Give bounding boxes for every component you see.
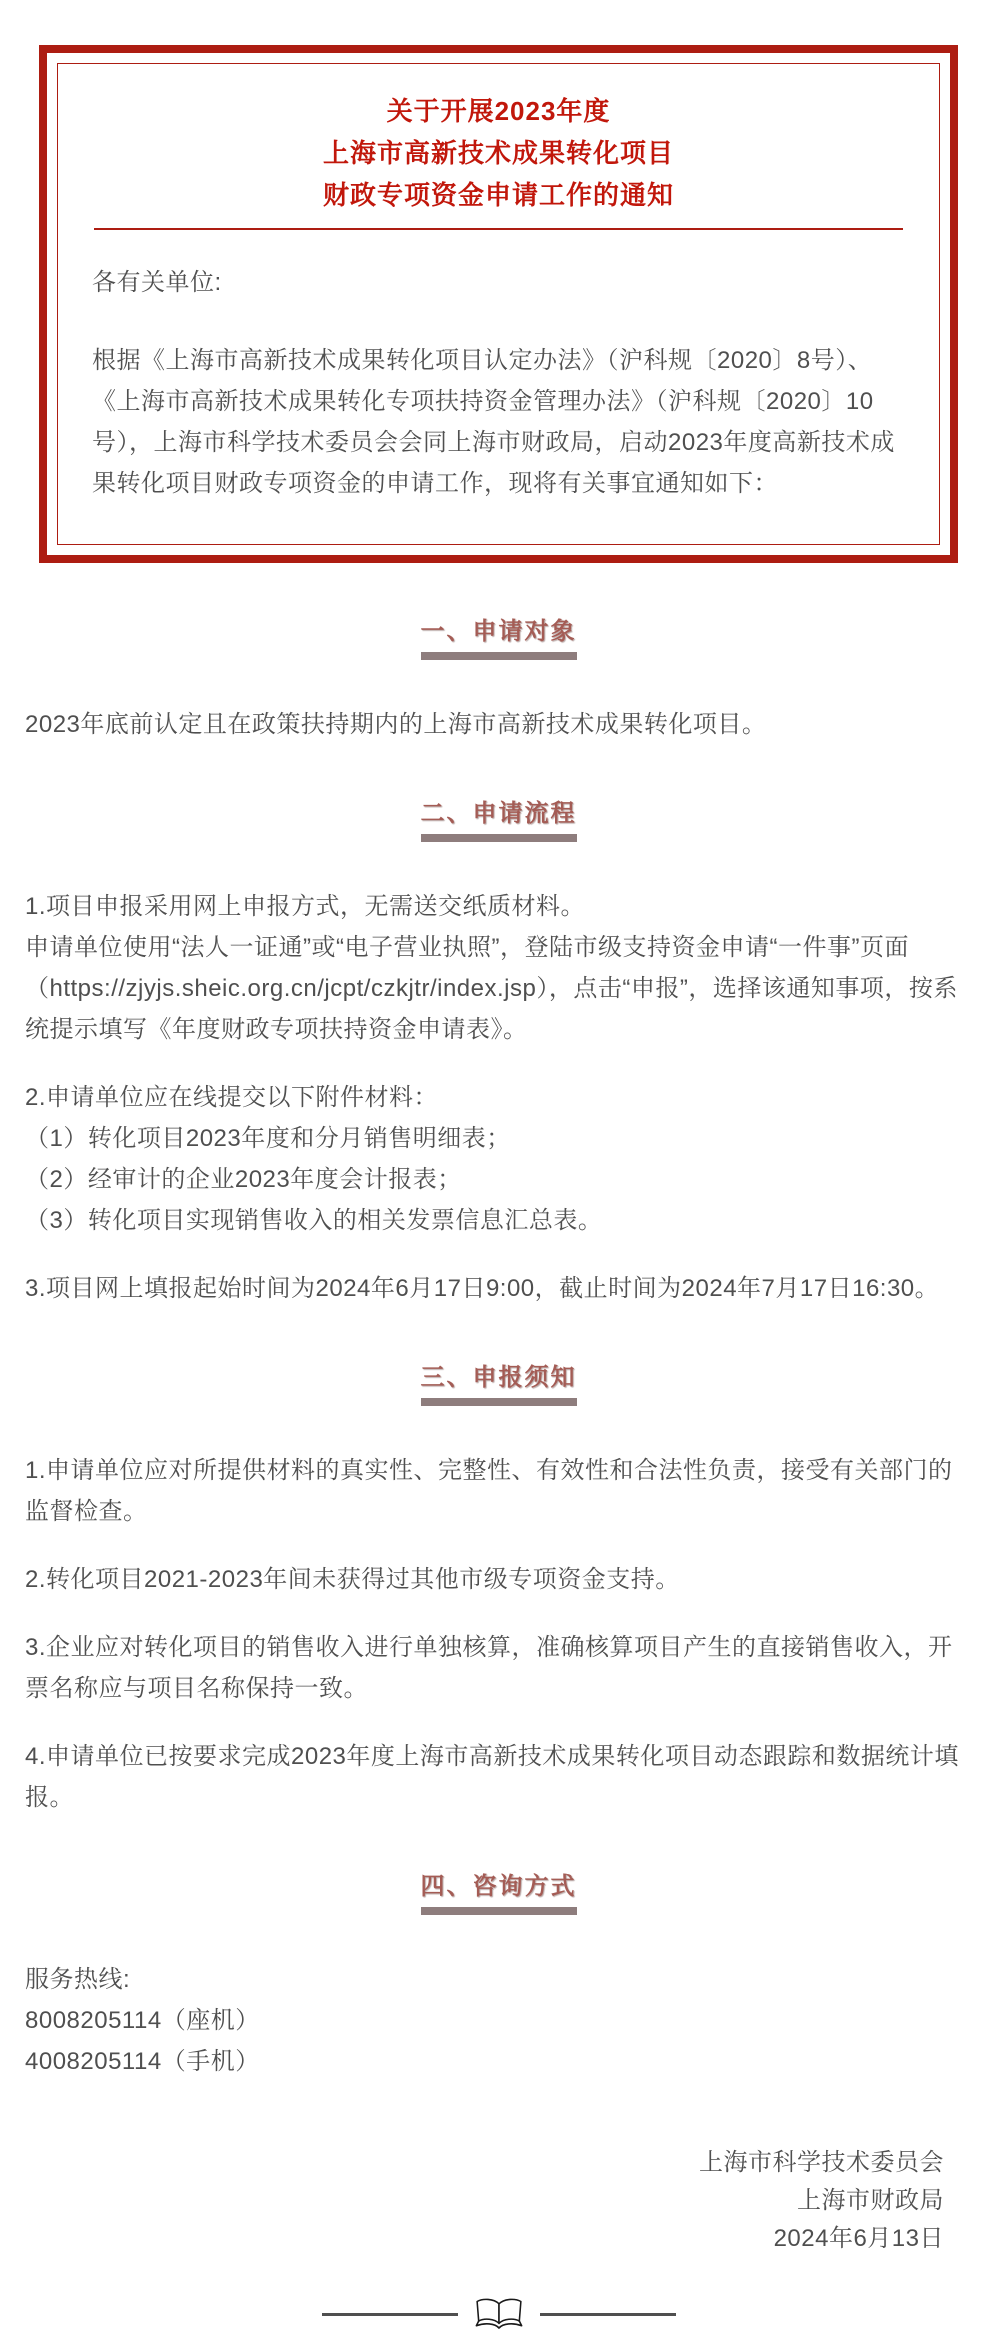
notice-frame-inner: 关于开展2023年度 上海市高新技术成果转化项目 财政专项资金申请工作的通知 各… <box>57 63 940 545</box>
section-heading-2-text: 二、申请流程 <box>421 793 577 828</box>
section-3-paragraph-2: 2.转化项目2021-2023年间未获得过其他市级专项资金支持。 <box>25 1559 972 1600</box>
footer-divider <box>0 2296 997 2332</box>
section-3-paragraph-1: 1.申请单位应对所提供材料的真实性、完整性、有效性和合法性负责，接受有关部门的监… <box>25 1450 972 1532</box>
notice-title-line-2: 上海市高新技术成果转化项目 <box>92 132 905 174</box>
section-heading-3: 三、申报须知 <box>25 1357 972 1406</box>
service-hotline-block: 服务热线: 8008205114（座机） 4008205114（手机） <box>25 1959 972 2082</box>
section-2-paragraph-2: 2.申请单位应在线提交以下附件材料： （1）转化项目2023年度和分月销售明细表… <box>25 1077 972 1241</box>
section-1-paragraph-1: 2023年底前认定且在政策扶持期内的上海市高新技术成果转化项目。 <box>25 704 972 745</box>
heading-underline-bar <box>421 1398 577 1406</box>
section-heading-2: 二、申请流程 <box>25 793 972 842</box>
salutation: 各有关单位: <box>92 262 905 303</box>
section-3-paragraph-4: 4.申请单位已按要求完成2023年度上海市高新技术成果转化项目动态跟踪和数据统计… <box>25 1736 972 1818</box>
section-heading-4-text: 四、咨询方式 <box>421 1866 577 1901</box>
heading-underline-bar <box>421 1907 577 1915</box>
section-2-paragraph-1: 1.项目申报采用网上申报方式，无需送交纸质材料。 申请单位使用“法人一证通”或“… <box>25 886 972 1050</box>
section-3-paragraph-3: 3.企业应对转化项目的销售收入进行单独核算，准确核算项目产生的直接销售收入，开票… <box>25 1627 972 1709</box>
notice-body: 一、申请对象 2023年底前认定且在政策扶持期内的上海市高新技术成果转化项目。 … <box>0 611 997 2258</box>
section-heading-3-text: 三、申报须知 <box>421 1357 577 1392</box>
section-2-paragraph-3: 3.项目网上填报起始时间为2024年6月17日9:00，截止时间为2024年7月… <box>25 1268 972 1309</box>
intro-paragraph: 根据《上海市高新技术成果转化项目认定办法》（沪科规〔2020〕8号）、《上海市高… <box>92 340 905 504</box>
section-heading-4: 四、咨询方式 <box>25 1866 972 1915</box>
notice-title-line-3: 财政专项资金申请工作的通知 <box>92 174 905 216</box>
notice-frame: 关于开展2023年度 上海市高新技术成果转化项目 财政专项资金申请工作的通知 各… <box>39 45 958 563</box>
signature-line-1: 上海市科学技术委员会 <box>25 2144 944 2182</box>
heading-underline-bar <box>421 652 577 660</box>
signature-line-3: 2024年6月13日 <box>25 2220 944 2258</box>
divider-line-left <box>322 2313 458 2316</box>
open-book-icon <box>474 2296 524 2332</box>
signature-line-2: 上海市财政局 <box>25 2182 944 2220</box>
title-divider-rule <box>94 228 903 230</box>
divider-line-right <box>540 2313 676 2316</box>
heading-underline-bar <box>421 834 577 842</box>
section-heading-1-text: 一、申请对象 <box>421 611 577 646</box>
section-heading-1: 一、申请对象 <box>25 611 972 660</box>
signature-block: 上海市科学技术委员会 上海市财政局 2024年6月13日 <box>25 2144 972 2258</box>
notice-title-line-1: 关于开展2023年度 <box>92 90 905 132</box>
